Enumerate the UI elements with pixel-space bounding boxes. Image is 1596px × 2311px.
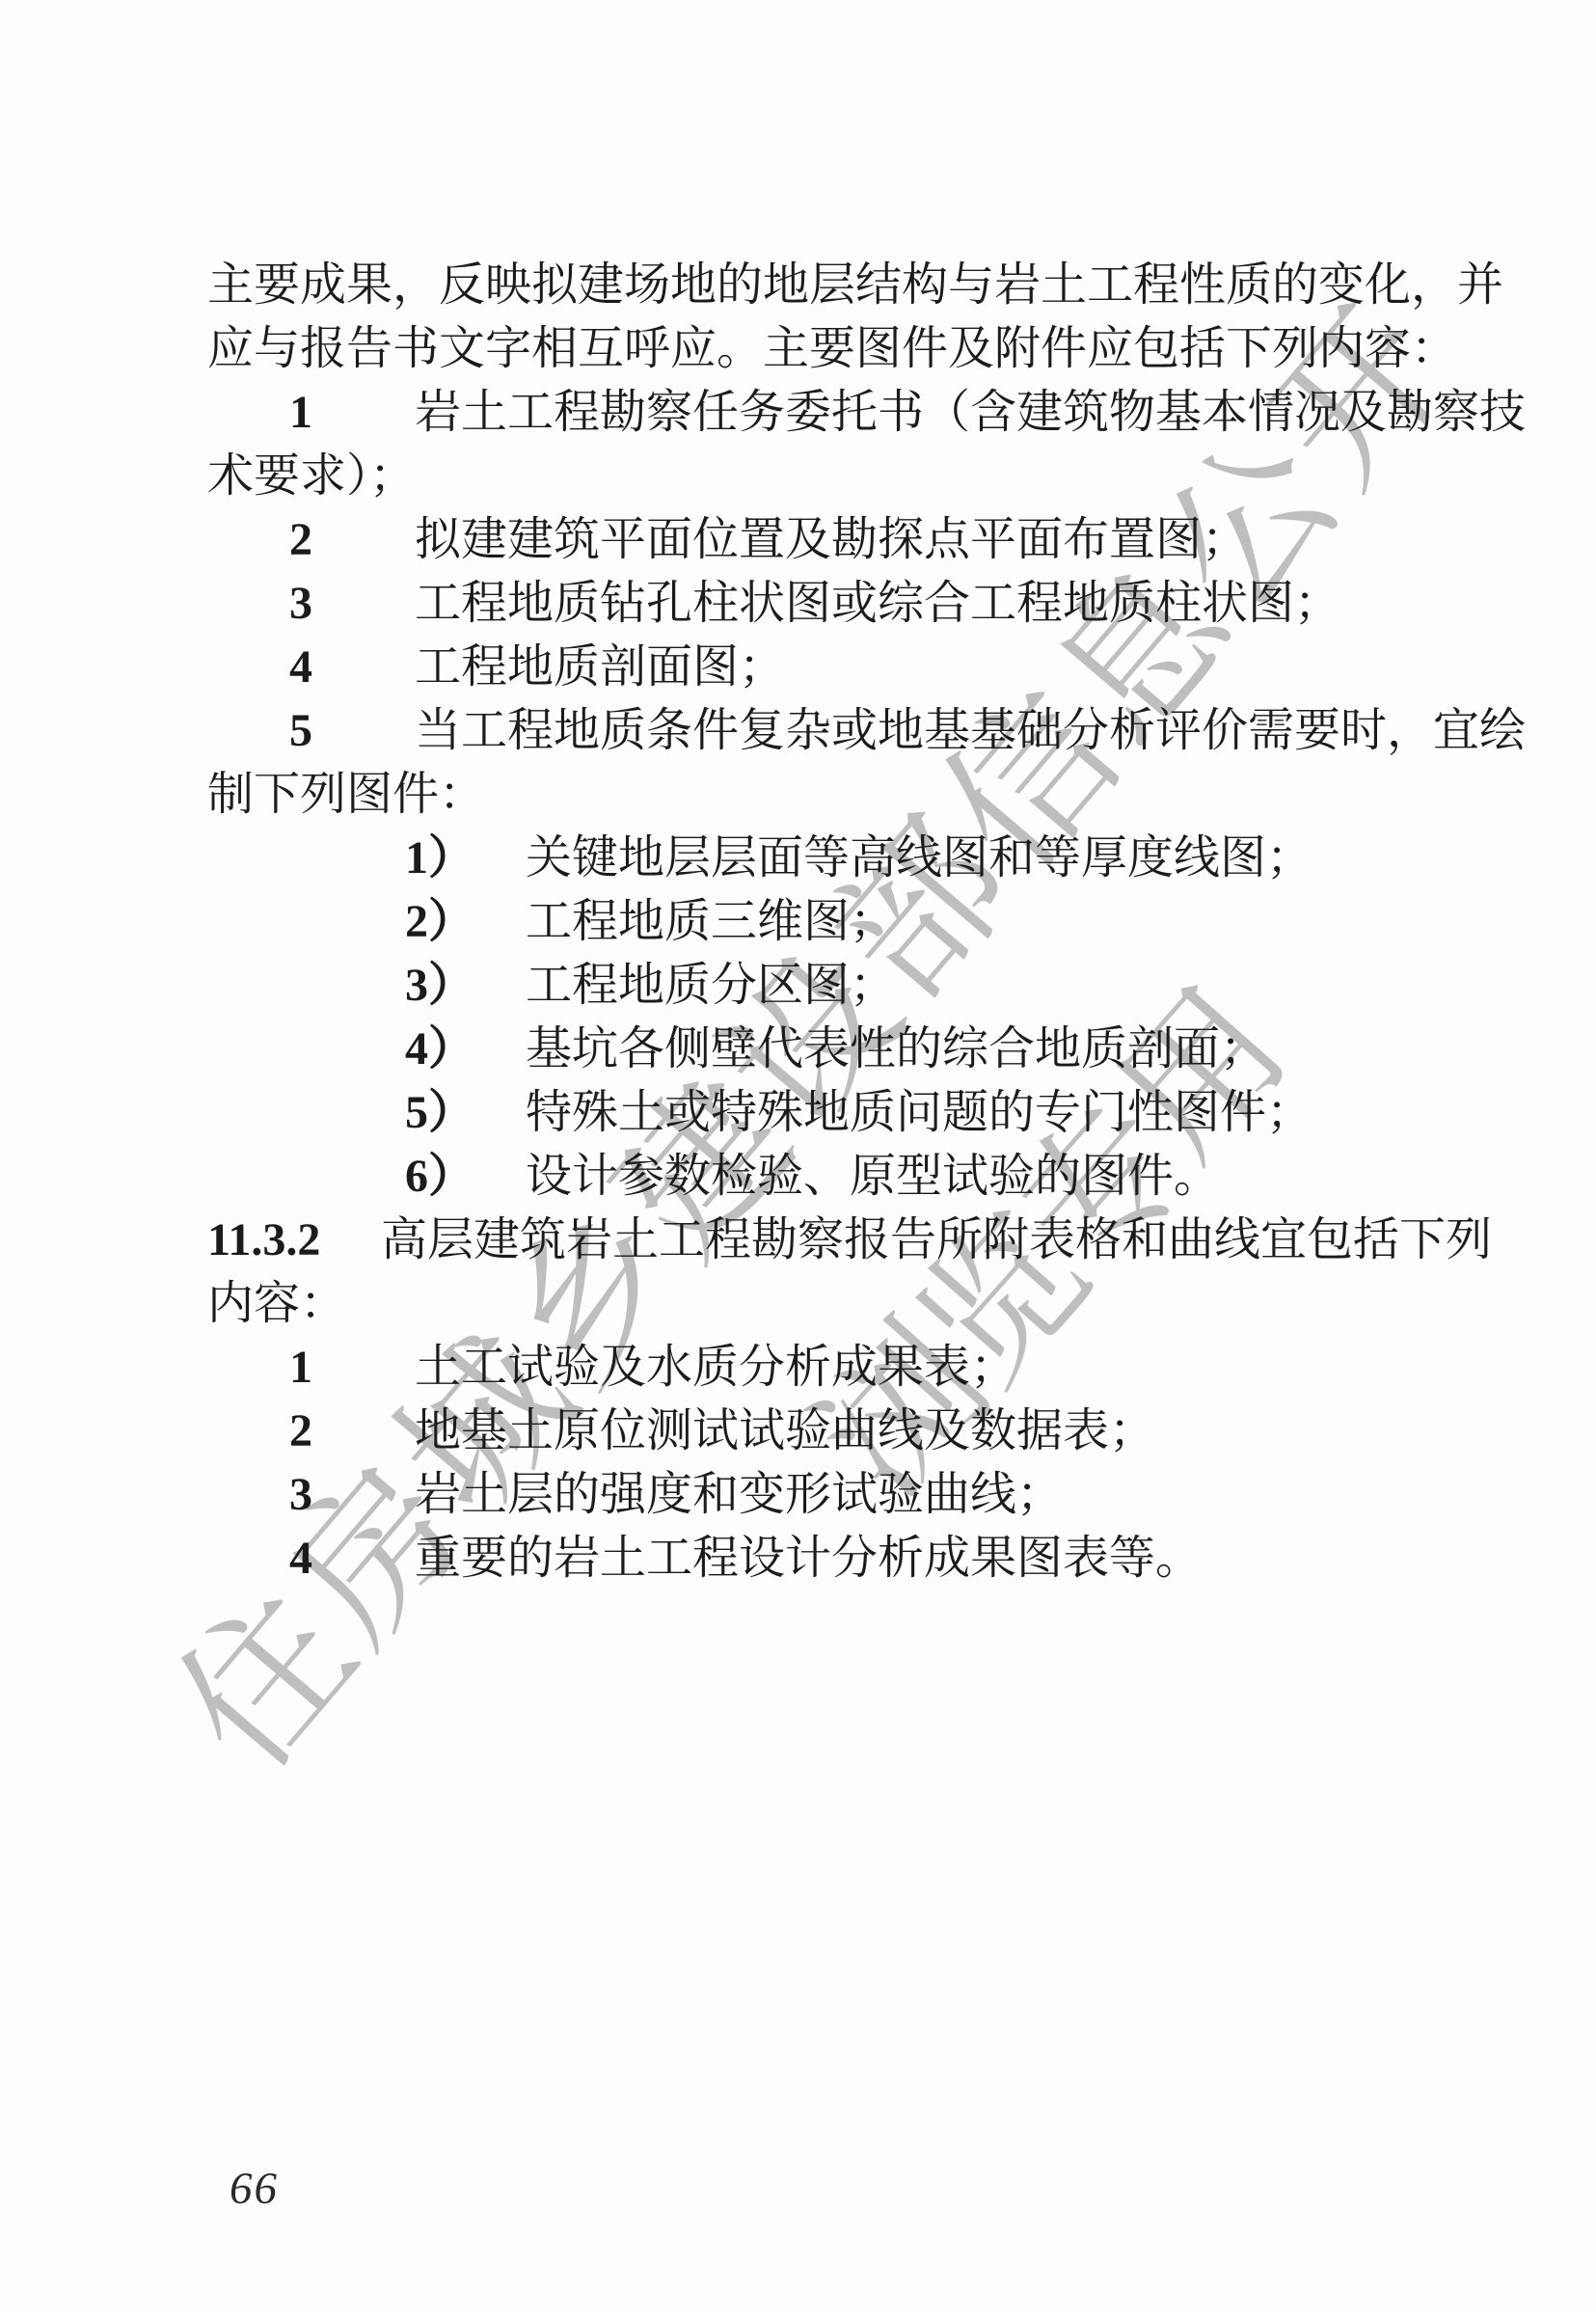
item-number: 4） xyxy=(405,1018,526,1081)
line-text: 内容： xyxy=(207,1278,346,1329)
item-number: 5 xyxy=(289,699,415,763)
line-text: 拟建建筑平面位置及勘探点平面布置图； xyxy=(415,514,1248,565)
list-item-line: 1）关键地层层面等高线图和等厚度线图； xyxy=(207,827,1461,890)
line-text: 工程地质三维图； xyxy=(526,896,896,947)
item-number: 2 xyxy=(289,1400,415,1463)
line-text: 土工试验及水质分析成果表； xyxy=(415,1342,1016,1393)
line-text: 主要成果，反映拟建场地的地层结构与岩土工程性质的变化，并 xyxy=(207,259,1503,311)
line-text: 工程地质钻孔柱状图或综合工程地质柱状图； xyxy=(415,578,1340,629)
item-number: 3） xyxy=(405,954,526,1018)
clause-line: 11.3.2高层建筑岩土工程勘察报告所附表格和曲线宜包括下列 xyxy=(207,1209,1461,1272)
line-text: 关键地层层面等高线图和等厚度线图； xyxy=(526,832,1312,884)
list-item-line: 5）特殊土或特殊地质问题的专门性图件； xyxy=(207,1081,1461,1145)
item-number: 1 xyxy=(289,381,415,445)
text-line: 应与报告书文字相互呼应。主要图件及附件应包括下列内容： xyxy=(207,317,1461,381)
item-number: 3 xyxy=(289,1463,415,1527)
list-item-line: 2地基土原位测试试验曲线及数据表； xyxy=(207,1400,1461,1463)
list-item-line: 4重要的岩土工程设计分析成果图表等。 xyxy=(207,1527,1461,1591)
list-item-line: 2拟建建筑平面位置及勘探点平面布置图； xyxy=(207,508,1461,572)
item-number: 2 xyxy=(289,508,415,572)
list-item-line: 5当工程地质条件复杂或地基基础分析评价需要时，宜绘 xyxy=(207,699,1461,763)
item-number: 3 xyxy=(289,572,415,636)
text-line: 内容： xyxy=(207,1272,1461,1336)
item-number: 4 xyxy=(289,636,415,699)
text-line: 制下列图件： xyxy=(207,763,1461,827)
list-item-line: 6）设计参数检验、原型试验的图件。 xyxy=(207,1145,1461,1209)
line-text: 当工程地质条件复杂或地基基础分析评价需要时，宜绘 xyxy=(415,705,1526,756)
line-text: 制下列图件： xyxy=(207,769,485,820)
line-text: 岩土工程勘察任务委托书（含建筑物基本情况及勘察技 xyxy=(415,387,1526,438)
item-number: 6） xyxy=(405,1145,526,1209)
line-text: 术要求）； xyxy=(207,450,416,502)
body-text: 主要成果，反映拟建场地的地层结构与岩土工程性质的变化，并应与报告书文字相互呼应。… xyxy=(207,254,1461,1591)
line-text: 应与报告书文字相互呼应。主要图件及附件应包括下列内容： xyxy=(207,323,1457,374)
line-text: 工程地质分区图； xyxy=(526,960,896,1011)
list-item-line: 3岩土层的强度和变形试验曲线； xyxy=(207,1463,1461,1527)
line-text: 基坑各侧壁代表性的综合地质剖面； xyxy=(526,1023,1266,1074)
item-number: 1） xyxy=(405,827,526,890)
line-text: 重要的岩土工程设计分析成果图表等。 xyxy=(415,1533,1202,1584)
list-item-line: 4）基坑各侧壁代表性的综合地质剖面； xyxy=(207,1018,1461,1081)
text-line: 术要求）； xyxy=(207,445,1461,508)
list-item-line: 4工程地质剖面图； xyxy=(207,636,1461,699)
page-number: 66 xyxy=(230,2162,279,2215)
list-item-line: 3工程地质钻孔柱状图或综合工程地质柱状图； xyxy=(207,572,1461,636)
line-text: 特殊土或特殊地质问题的专门性图件； xyxy=(526,1087,1312,1138)
document-page: 住房城乡建设部信息公开 浏览专用 主要成果，反映拟建场地的地层结构与岩土工程性质… xyxy=(0,0,1596,2311)
list-item-line: 2）工程地质三维图； xyxy=(207,890,1461,954)
line-text: 地基土原位测试试验曲线及数据表； xyxy=(415,1405,1155,1456)
clause-number: 11.3.2 xyxy=(207,1209,381,1272)
item-number: 5） xyxy=(405,1081,526,1145)
line-text: 工程地质剖面图； xyxy=(415,641,785,693)
list-item-line: 1岩土工程勘察任务委托书（含建筑物基本情况及勘察技 xyxy=(207,381,1461,445)
item-number: 1 xyxy=(289,1336,415,1400)
text-line: 主要成果，反映拟建场地的地层结构与岩土工程性质的变化，并 xyxy=(207,254,1461,317)
list-item-line: 1土工试验及水质分析成果表； xyxy=(207,1336,1461,1400)
item-number: 4 xyxy=(289,1527,415,1591)
line-text: 高层建筑岩土工程勘察报告所附表格和曲线宜包括下列 xyxy=(381,1214,1492,1265)
line-text: 岩土层的强度和变形试验曲线； xyxy=(415,1469,1063,1520)
item-number: 2） xyxy=(405,890,526,954)
list-item-line: 3）工程地质分区图； xyxy=(207,954,1461,1018)
line-text: 设计参数检验、原型试验的图件。 xyxy=(526,1151,1220,1202)
